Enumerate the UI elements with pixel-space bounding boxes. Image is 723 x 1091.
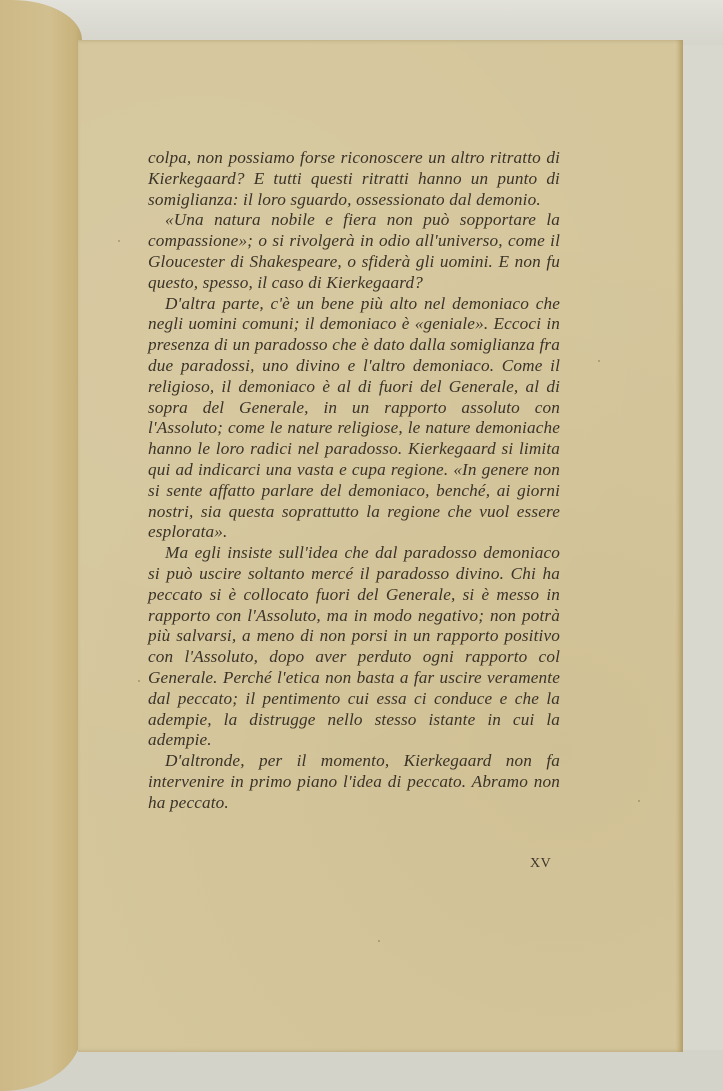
paper-speck (138, 680, 140, 682)
paper-speck (378, 940, 380, 942)
page-edge-shadow (675, 40, 683, 1052)
paragraph-5: D'altronde, per il momento, Kierkegaard … (148, 751, 560, 813)
paragraph-2: «Una natura nobile e fiera non può soppo… (148, 210, 560, 293)
paper-speck (118, 240, 120, 242)
background-surface-bottom (0, 1050, 723, 1091)
background-surface-top (0, 0, 723, 45)
paper-speck (598, 360, 600, 362)
paragraph-4: Ma egli insiste sull'idea che dal parado… (148, 543, 560, 751)
body-text: colpa, non possiamo forse riconoscere un… (148, 148, 560, 814)
page-number: XV (530, 856, 551, 872)
book-page: colpa, non possiamo forse riconoscere un… (78, 40, 683, 1052)
paragraph-3: D'altra parte, c'è un bene più alto nel … (148, 294, 560, 544)
paper-speck (638, 800, 640, 802)
paragraph-1: colpa, non possiamo forse riconoscere un… (148, 148, 560, 210)
book-cover-edge (0, 0, 82, 1091)
